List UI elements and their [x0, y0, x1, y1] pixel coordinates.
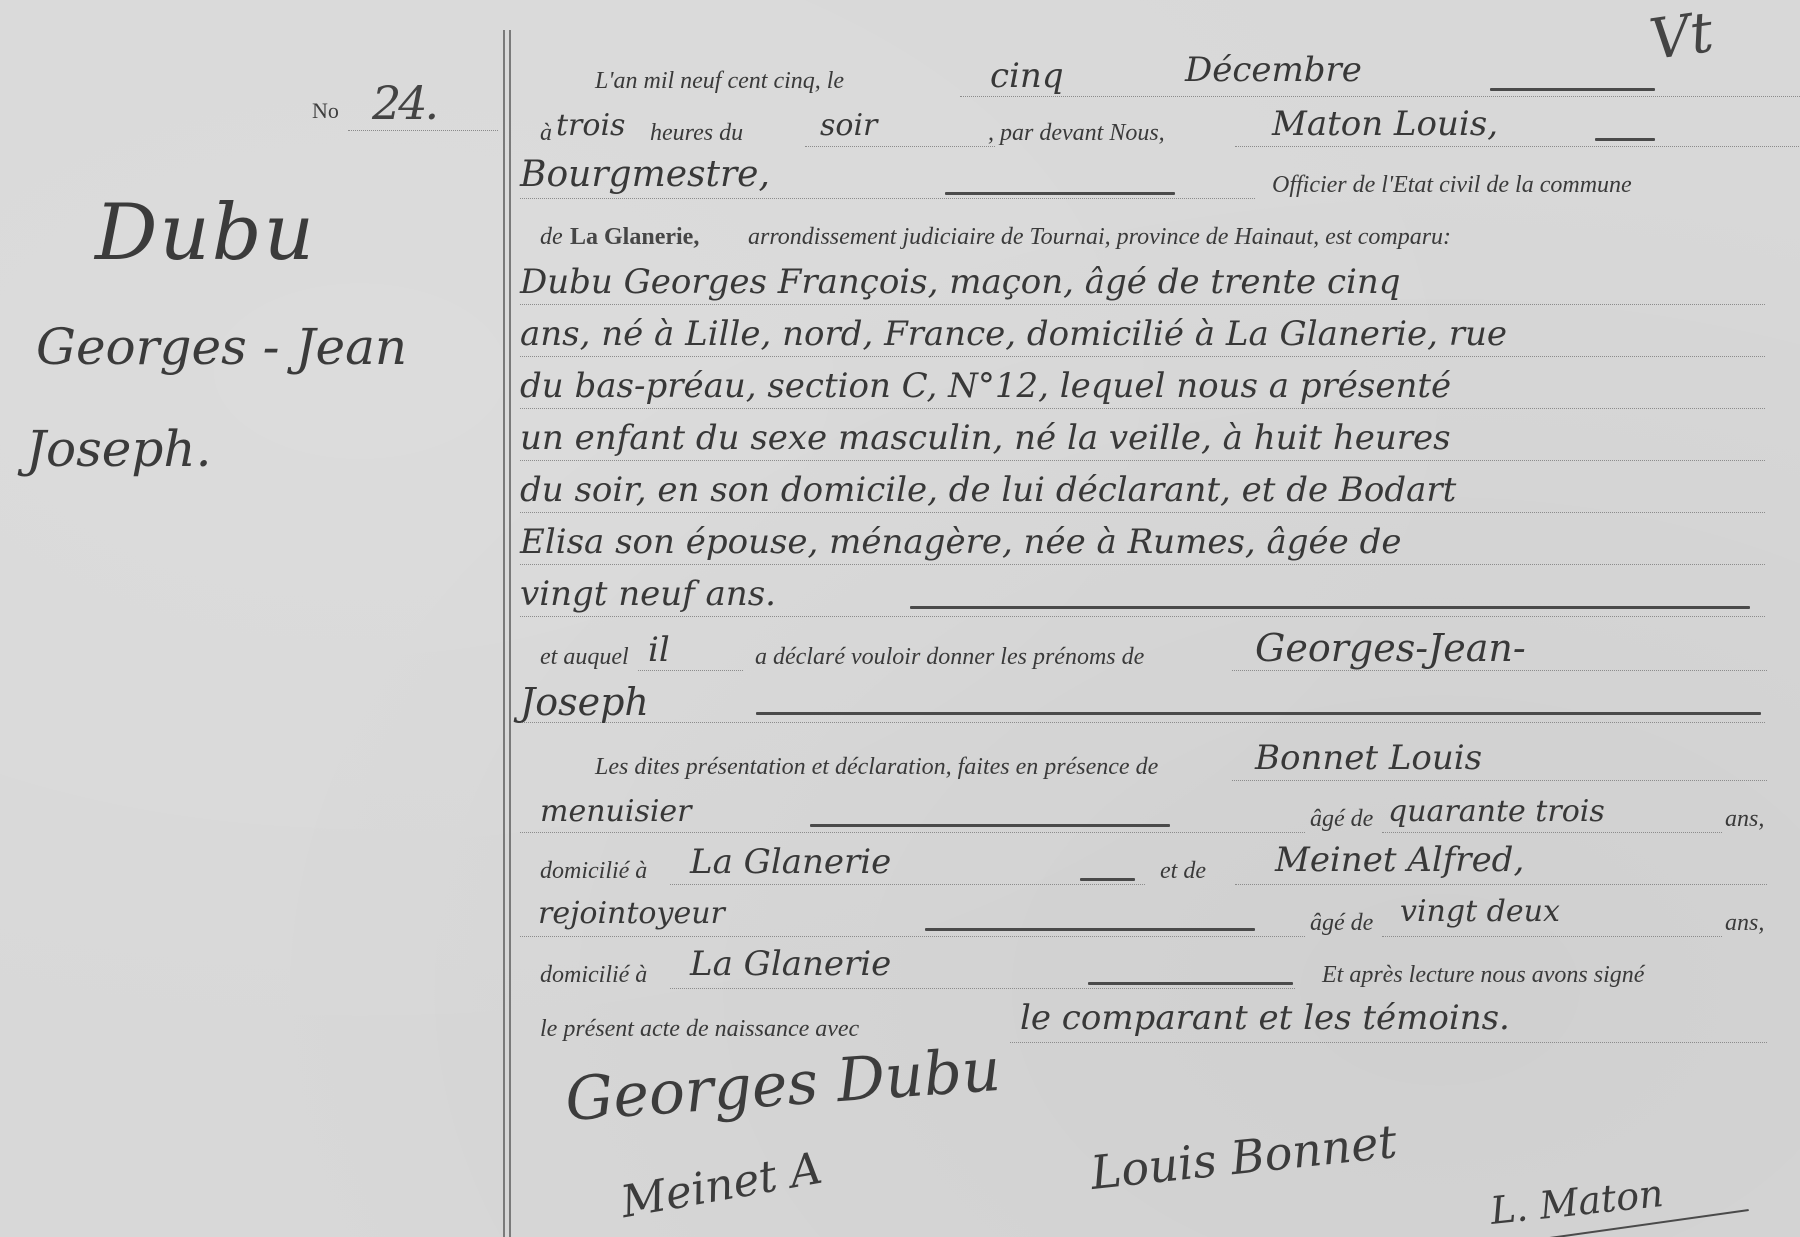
dotted-line	[1235, 884, 1767, 885]
printed-officier-etat-civil: Officier de l'Etat civil de la commune	[1272, 172, 1632, 199]
filler-dash	[910, 606, 1750, 609]
printed-acte-naissance: le présent acte de naissance avec	[540, 1016, 859, 1043]
dotted-line	[520, 512, 1765, 513]
dotted-line	[638, 670, 743, 671]
fill-pronoun: il	[648, 630, 670, 670]
dotted-line	[670, 884, 1145, 885]
fill-month: Décembre	[1185, 50, 1362, 90]
fill-witness2-name: Meinet Alfred,	[1275, 840, 1524, 880]
dotted-line	[1232, 670, 1767, 671]
margin-surname: Dubu	[95, 188, 316, 278]
dotted-line	[1232, 780, 1767, 781]
entry-number-dotted-line	[348, 130, 498, 131]
dotted-line	[520, 616, 1765, 617]
line-date: L'an mil neuf cent cinq, le cinq Décembr…	[520, 58, 1780, 108]
printed-closing-statement: Et après lecture nous avons signé	[1322, 962, 1644, 989]
printed-ans: ans,	[1725, 806, 1764, 833]
line-commune: de La Glanerie, arrondissement judiciair…	[520, 214, 1780, 264]
line-closing: le présent acte de naissance avec le com…	[520, 1004, 1780, 1054]
line-given-names-cont: Joseph	[520, 684, 1780, 734]
dotted-line	[520, 936, 1305, 937]
filler-dash	[756, 712, 1761, 715]
dotted-line	[520, 198, 1255, 199]
margin-column: No 24. Dubu Georges - Jean Joseph.	[0, 0, 500, 1237]
dotted-line	[520, 832, 1305, 833]
declarant-text: du bas-préau, section C, N°12, lequel no…	[520, 366, 1451, 406]
declarant-line: du bas-préau, section C, N°12, lequel no…	[520, 372, 1780, 422]
dotted-line	[805, 146, 995, 147]
dotted-line	[1235, 146, 1800, 147]
fill-witness2-occupation: rejointoyeur	[538, 896, 725, 931]
printed-ans: ans,	[1725, 910, 1764, 937]
printed-et-de: et de	[1160, 858, 1206, 885]
dotted-line	[520, 722, 1765, 723]
dotted-line	[520, 356, 1765, 357]
fill-day: cinq	[990, 56, 1064, 96]
printed-age: âgé de	[1310, 806, 1373, 833]
line-witness1-details: menuisier âgé de quarante trois ans,	[520, 796, 1780, 846]
line-witness1-domicile: domicilié à La Glanerie et de Meinet Alf…	[520, 848, 1780, 898]
fill-given-names-2: Joseph	[520, 680, 649, 724]
printed-commune-name: La Glanerie,	[570, 224, 699, 251]
dotted-line	[520, 564, 1765, 565]
fill-given-names-1: Georges-Jean-	[1255, 626, 1526, 670]
dotted-line	[960, 96, 1800, 97]
printed-arrondissement: arrondissement judiciaire de Tournai, pr…	[748, 224, 1451, 251]
signature-witness2: Meinet A	[617, 1143, 826, 1228]
filler-dash	[1080, 878, 1135, 881]
filler-dash	[1088, 982, 1293, 985]
fill-officer-name: Maton Louis,	[1272, 104, 1498, 144]
declarant-text: vingt neuf ans.	[520, 574, 776, 614]
dotted-line	[1382, 936, 1722, 937]
filler-dash	[945, 192, 1175, 195]
declarant-line: vingt neuf ans.	[520, 580, 1780, 630]
printed-age: âgé de	[1310, 910, 1373, 937]
declarant-text: ans, né à Lille, nord, France, domicilié…	[520, 314, 1507, 354]
printed-et-auquel: et auquel	[540, 644, 629, 671]
margin-rule-right	[509, 30, 511, 1237]
declarant-line: Dubu Georges François, maçon, âgé de tre…	[520, 268, 1780, 318]
printed-domicilie: domicilié à	[540, 962, 647, 989]
fill-witness1-age: quarante trois	[1388, 794, 1605, 829]
line-given-names: et auquel il a déclaré vouloir donner le…	[520, 632, 1780, 682]
fill-officer-title: Bourgmestre,	[520, 154, 770, 195]
entry-number-label: No	[312, 98, 339, 124]
fill-signers: le comparant et les témoins.	[1020, 998, 1510, 1038]
fill-witness2-domicile: La Glanerie	[690, 944, 891, 984]
line-title: Bourgmestre, Officier de l'Etat civil de…	[520, 162, 1780, 212]
declarant-line: un enfant du sexe masculin, né la veille…	[520, 424, 1780, 474]
printed-witness-intro: Les dites présentation et déclaration, f…	[595, 754, 1158, 781]
printed-de: de	[540, 224, 563, 251]
fill-witness2-age: vingt deux	[1400, 894, 1560, 929]
printed-par-devant-nous: , par devant Nous,	[988, 120, 1165, 147]
dotted-line	[520, 304, 1765, 305]
fill-witness1-occupation: menuisier	[540, 794, 692, 829]
entry-number: 24.	[372, 76, 436, 130]
margin-rule-left	[503, 30, 505, 1237]
fill-witness1-domicile: La Glanerie	[690, 842, 891, 882]
declarant-text: Elisa son épouse, ménagère, née à Rumes,…	[520, 522, 1401, 562]
printed-prenoms-clause: a déclaré vouloir donner les prénoms de	[755, 644, 1144, 671]
line-hour-officer: à trois heures du soir , par devant Nous…	[520, 110, 1780, 160]
line-witness2-domicile: domicilié à La Glanerie Et après lecture…	[520, 952, 1780, 1002]
printed-year-clause: L'an mil neuf cent cinq, le	[595, 68, 844, 95]
declarant-text: Dubu Georges François, maçon, âgé de tre…	[520, 262, 1401, 302]
fill-period: soir	[820, 108, 877, 143]
filler-dash	[810, 824, 1170, 827]
declarant-line: du soir, en son domicile, de lui déclara…	[520, 476, 1780, 526]
filler-dash	[1490, 88, 1655, 91]
margin-given-names-line2: Joseph.	[26, 420, 212, 478]
printed-heures-du: heures du	[650, 120, 743, 147]
dotted-line	[520, 408, 1765, 409]
declarant-text: du soir, en son domicile, de lui déclara…	[520, 470, 1456, 510]
dotted-line	[1382, 832, 1722, 833]
fill-witness1-name: Bonnet Louis	[1255, 738, 1482, 778]
margin-given-names-line1: Georges - Jean	[36, 318, 407, 376]
dotted-line	[1010, 1042, 1767, 1043]
filler-dash	[925, 928, 1255, 931]
declarant-line: Elisa son épouse, ménagère, née à Rumes,…	[520, 528, 1780, 578]
printed-domicilie: domicilié à	[540, 858, 647, 885]
dotted-line	[520, 460, 1765, 461]
filler-dash	[1595, 138, 1655, 141]
signature-witness1: Louis Bonnet	[1088, 1114, 1399, 1200]
printed-a: à	[540, 120, 552, 147]
register-page: No 24. Dubu Georges - Jean Joseph. Vt L'…	[0, 0, 1800, 1237]
declarant-line: ans, né à Lille, nord, France, domicilié…	[520, 320, 1780, 370]
declarant-text: un enfant du sexe masculin, né la veille…	[520, 418, 1451, 458]
line-witness-intro: Les dites présentation et déclaration, f…	[520, 744, 1780, 794]
fill-hour: trois	[556, 108, 625, 143]
dotted-line	[670, 988, 1295, 989]
line-witness2-details: rejointoyeur âgé de vingt deux ans,	[520, 900, 1780, 950]
